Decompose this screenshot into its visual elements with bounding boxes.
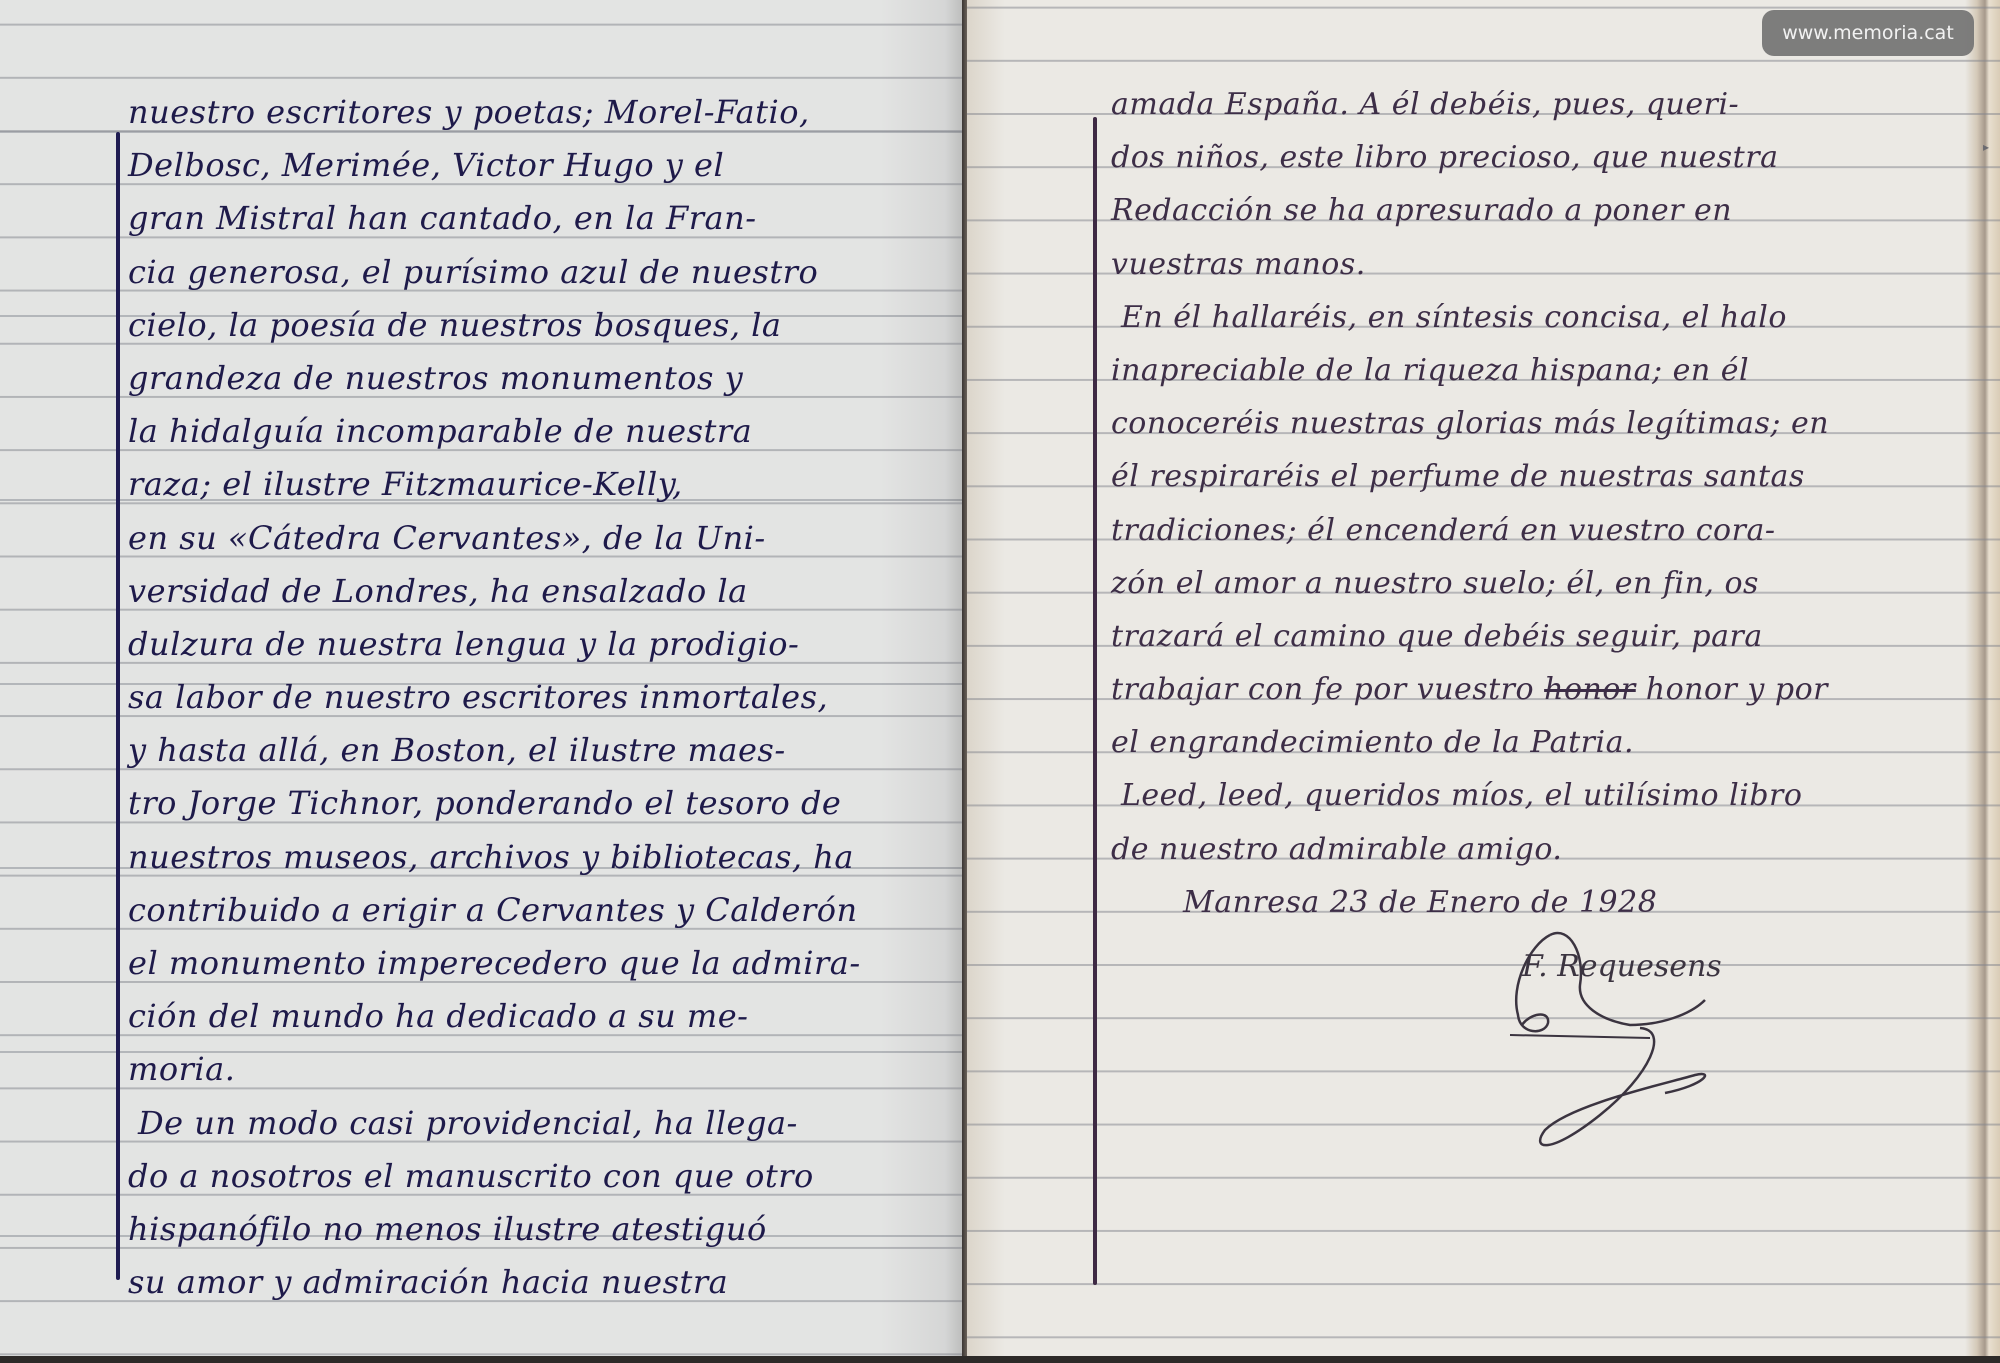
text-line: trazará el camino que debéis seguir, par…: [1111, 610, 1971, 663]
text-line: nuestro escritores y poetas; Morel-Fatio…: [128, 86, 948, 139]
text-line: contribuido a erigir a Cervantes y Calde…: [128, 884, 948, 937]
struck-out-word: honor: [1544, 672, 1636, 707]
text-line: sa labor de nuestro escritores inmortale…: [128, 671, 948, 724]
text-line: el monumento imperecedero que la admira-: [128, 937, 948, 990]
text-line: versidad de Londres, ha ensalzado la: [128, 565, 948, 618]
text-line: grandeza de nuestros monumentos y: [128, 352, 948, 405]
text-line-with-correction: trabajar con fe por vuestro honor honor …: [1111, 663, 1971, 716]
right-page-text: amada España. A él debéis, pues, queri- …: [1111, 78, 1971, 929]
left-page: nuestro escritores y poetas; Morel-Fatio…: [0, 0, 965, 1363]
text-line: el engrandecimiento de la Patria.: [1111, 716, 1971, 769]
left-page-text: nuestro escritores y poetas; Morel-Fatio…: [128, 86, 948, 1309]
paragraph-start-line: Leed, leed, queridos míos, el utilísimo …: [1111, 769, 1971, 822]
text-line: tradiciones; él encenderá en vuestro cor…: [1111, 504, 1971, 557]
watermark-badge[interactable]: www.memoria.cat: [1762, 10, 1974, 56]
text-line: gran Mistral han cantado, en la Fran-: [128, 192, 948, 245]
text-line: tro Jorge Tichnor, ponderando el tesoro …: [128, 777, 948, 830]
text-line: cielo, la poesía de nuestros bosques, la: [128, 299, 948, 352]
paragraph-start-line: De un modo casi providencial, ha llega-: [128, 1097, 948, 1150]
text-line: vuestras manos.: [1111, 238, 1971, 291]
paragraph-start-line: En él hallaréis, en síntesis concisa, el…: [1111, 291, 1971, 344]
text-line: su amor y admiración hacia nuestra: [128, 1256, 948, 1309]
margin-line: [116, 132, 120, 1280]
page-edge-mark: ▸: [1983, 140, 1989, 154]
notebook-spread: nuestro escritores y poetas; Morel-Fatio…: [0, 0, 2000, 1363]
text-segment: honor y por: [1646, 672, 1828, 707]
text-line: ción del mundo ha dedicado a su me-: [128, 990, 948, 1043]
text-line: zón el amor a nuestro suelo; él, en fin,…: [1111, 557, 1971, 610]
text-line: Redacción se ha apresurado a poner en: [1111, 184, 1971, 237]
text-line: moria.: [128, 1043, 948, 1096]
text-line: do a nosotros el manuscrito con que otro: [128, 1150, 948, 1203]
date-line: Manresa 23 de Enero de 1928: [1111, 876, 1971, 929]
text-line: de nuestro admirable amigo.: [1111, 823, 1971, 876]
text-line: en su «Cátedra Cervantes», de la Uni-: [128, 512, 948, 565]
text-line: Delbosc, Merimée, Victor Hugo y el: [128, 139, 948, 192]
text-line: y hasta allá, en Boston, el ilustre maes…: [128, 724, 948, 777]
text-line: inapreciable de la riqueza hispana; en é…: [1111, 344, 1971, 397]
text-line: conoceréis nuestras glorias más legítima…: [1111, 397, 1971, 450]
text-line: la hidalguía incomparable de nuestra: [128, 405, 948, 458]
text-line: nuestros museos, archivos y bibliotecas,…: [128, 831, 948, 884]
text-line: él respiraréis el perfume de nuestras sa…: [1111, 450, 1971, 503]
text-segment: trabajar con fe por vuestro: [1111, 672, 1534, 707]
page-bottom-edge: [0, 1356, 2000, 1363]
book-gutter: [962, 0, 967, 1363]
signature-flourish-icon: [1490, 925, 1790, 1155]
text-line: dos niños, este libro precioso, que nues…: [1111, 131, 1971, 184]
signature: F. Requesens: [1490, 925, 1790, 1155]
margin-line: [1093, 117, 1097, 1285]
text-line: hispanófilo no menos ilustre atestiguó: [128, 1203, 948, 1256]
text-line: raza; el ilustre Fitzmaurice-Kelly,: [128, 458, 948, 511]
text-line: amada España. A él debéis, pues, queri-: [1111, 78, 1971, 131]
right-page: amada España. A él debéis, pues, queri- …: [965, 0, 2000, 1363]
text-line: cia generosa, el purísimo azul de nuestr…: [128, 246, 948, 299]
text-line: dulzura de nuestra lengua y la prodigio-: [128, 618, 948, 671]
